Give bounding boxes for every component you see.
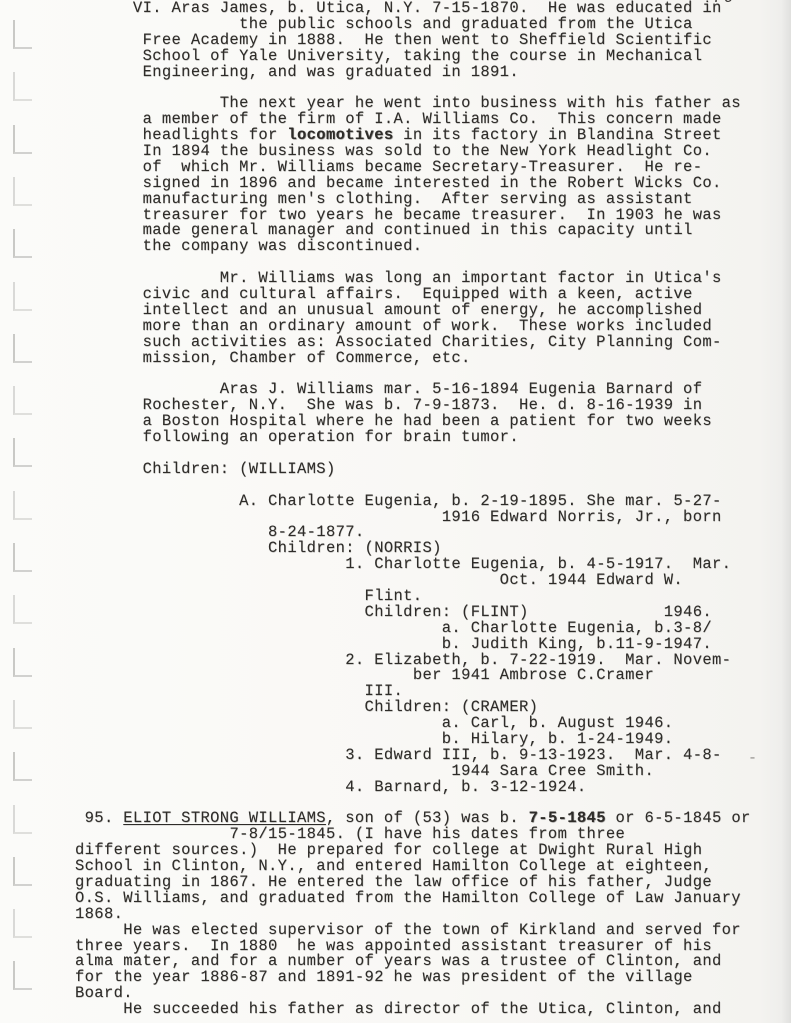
binder-mark <box>13 438 32 467</box>
binder-mark <box>13 648 32 677</box>
text-segment: mission, Chamber of Commerce, etc. <box>143 349 471 367</box>
binder-mark <box>13 282 32 311</box>
binder-mark <box>13 805 32 834</box>
text-line: following an operation for brain tumor. <box>75 430 751 446</box>
text-line: Children: (WILLIAMS) <box>75 462 751 478</box>
binder-mark <box>13 595 32 624</box>
text-segment: the company was discontinued. <box>143 237 423 255</box>
text-segment: O.S. Williams, and graduated from the Ha… <box>75 889 741 907</box>
binder-mark <box>13 20 32 49</box>
binder-mark <box>13 334 32 363</box>
text-line: Engineering, and was graduated in 1891. <box>75 65 751 81</box>
text-segment: 4. Barnard, b. 3-12-1924. <box>345 778 586 796</box>
text-line: O.S. Williams, and graduated from the Ha… <box>75 891 751 907</box>
text-segment: for the year 1886-87 and 1891-92 he was … <box>75 968 693 986</box>
binder-mark <box>13 857 32 886</box>
text-line: for the year 1886-87 and 1891-92 he was … <box>75 970 751 986</box>
text-line: He succeeded his father as director of t… <box>75 1002 751 1018</box>
scan-edge-shade <box>781 0 791 1023</box>
binder-mark <box>13 125 32 154</box>
binder-mark <box>13 229 32 258</box>
text-segment: following an operation for brain tumor. <box>143 428 519 446</box>
text-segment: 1916 Edward Norris, Jr., born <box>442 508 722 526</box>
text-segment: or 6-5-1845 or <box>606 809 751 827</box>
text-segment: ber 1941 Ambrose C.Cramer <box>413 666 654 684</box>
binder-mark <box>13 752 32 781</box>
text-line: 4. Barnard, b. 3-12-1924. <box>75 780 751 796</box>
binder-mark <box>13 909 32 938</box>
binder-mark <box>13 700 32 729</box>
text-line: mission, Chamber of Commerce, etc. <box>75 351 751 367</box>
text-segment: Engineering, and was graduated in 1891. <box>143 63 519 81</box>
binder-mark <box>13 72 32 101</box>
document-text: VI. Aras James, b. Utica, N.Y. 7-15-1870… <box>75 1 751 1018</box>
text-segment: He succeeded his father as director of t… <box>123 1000 721 1018</box>
stray-pencil-mark: - <box>748 750 757 767</box>
text-segment: Children: (WILLIAMS) <box>143 460 336 478</box>
text-segment: Oct. 1944 Edward W. <box>500 571 683 589</box>
binder-mark <box>13 543 32 572</box>
binder-mark <box>13 961 32 990</box>
scanned-document-page: 79 VI. Aras James, b. Utica, N.Y. 7-15-1… <box>0 0 791 1023</box>
text-line: the company was discontinued. <box>75 239 751 255</box>
binder-mark <box>13 491 32 520</box>
binder-mark <box>13 177 32 206</box>
binder-mark <box>13 386 32 415</box>
